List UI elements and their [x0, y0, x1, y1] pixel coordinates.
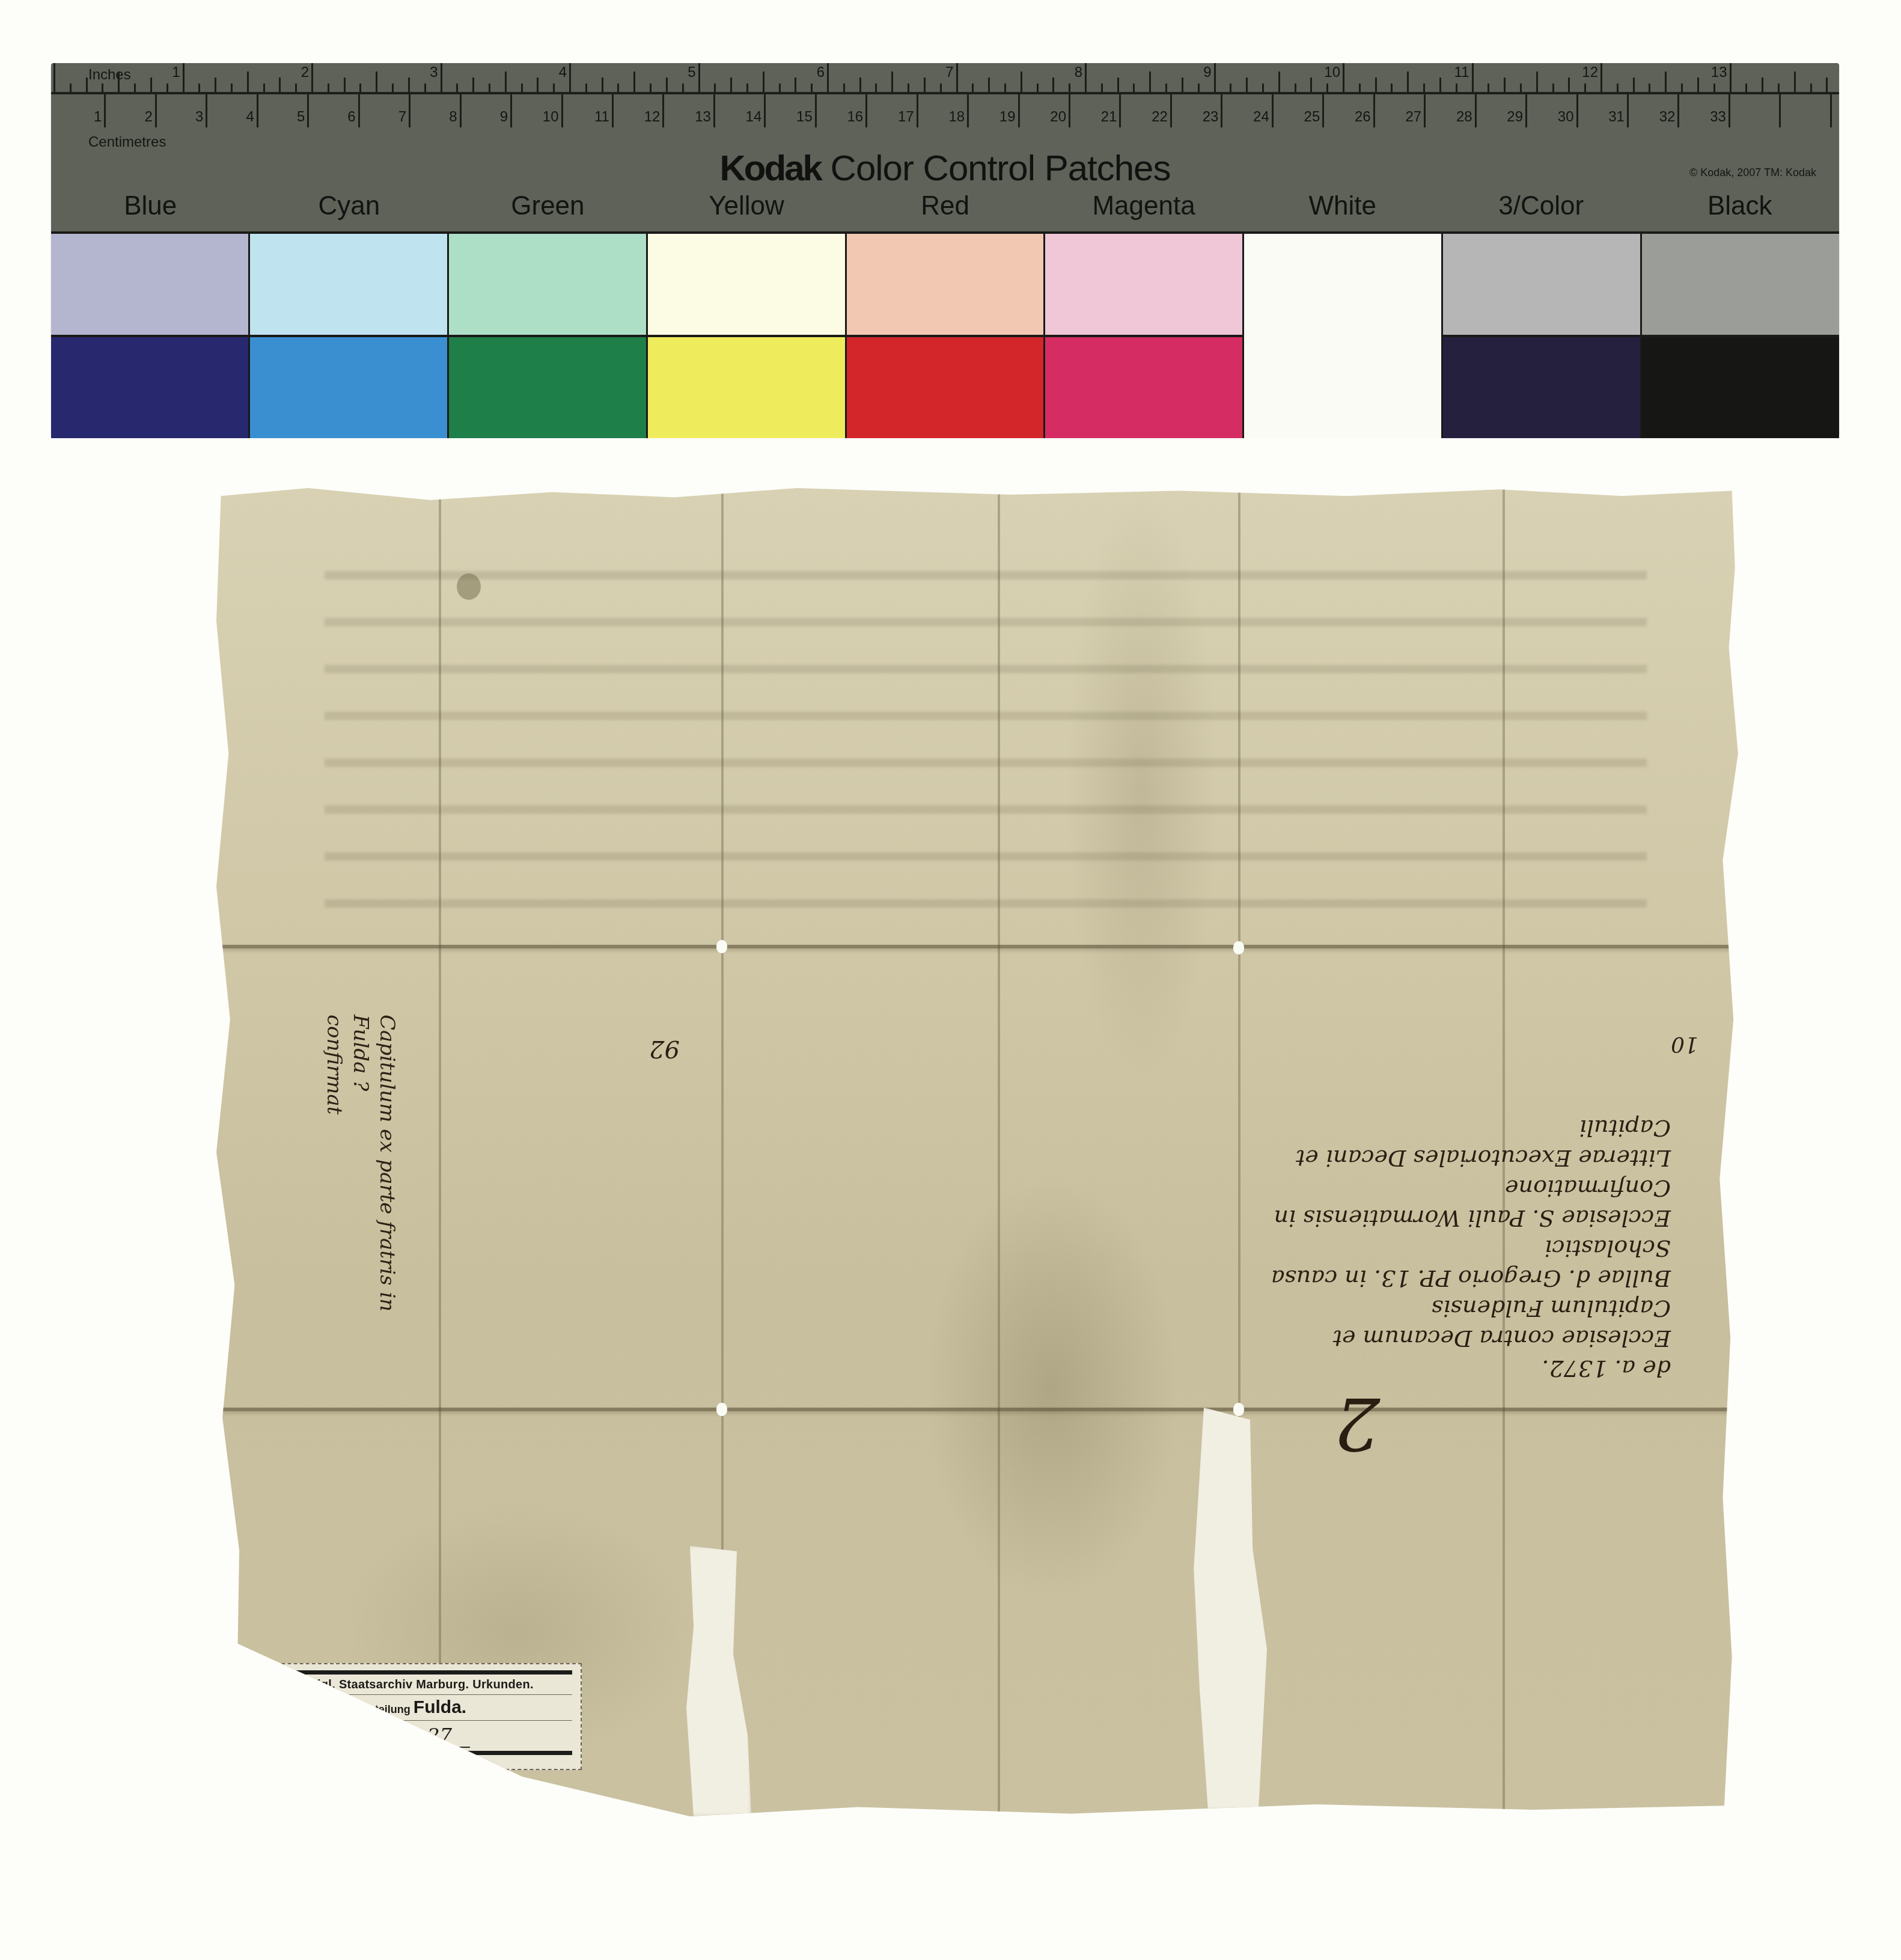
side-note: Capitulum ex parte fratris in Fulda ? co…: [321, 1015, 400, 1375]
inch-tick: [279, 78, 281, 92]
inch-tick: [1584, 84, 1586, 92]
inch-tick: [891, 72, 893, 92]
cm-tick: [307, 94, 309, 127]
inch-tick: [166, 84, 168, 92]
inch-tick: [472, 78, 474, 92]
cm-mark-label: 15: [796, 110, 815, 124]
inch-tick: [1133, 84, 1135, 92]
archive-label: Königl. Staatsarchiv Marburg. Urkunden. …: [245, 1663, 582, 1770]
inch-tick: [392, 84, 394, 92]
cm-tick: [1576, 94, 1578, 127]
inch-tick: [1665, 72, 1667, 92]
patch-label-green: Green: [448, 191, 647, 227]
inch-tick: [908, 84, 909, 92]
inch-tick: [118, 72, 120, 92]
inch-tick: [843, 84, 845, 92]
cm-tick: [1119, 94, 1121, 127]
dark-patch: [250, 337, 447, 438]
inch-tick: [633, 72, 635, 92]
inch-tick: [859, 78, 861, 92]
inch-tick: [1052, 78, 1054, 92]
inch-tick: [1649, 84, 1650, 92]
cm-tick: [257, 94, 258, 127]
cm-mark-label: 11: [594, 110, 612, 124]
inch-tick: [1407, 72, 1409, 92]
dark-patch: [1642, 337, 1839, 438]
cm-mark-label: 27: [1405, 110, 1424, 124]
cm-tick: [1170, 94, 1172, 127]
label-rule: [255, 1751, 572, 1755]
inch-tick: [344, 78, 346, 92]
archive-department: Abteilung Fulda.: [255, 1695, 572, 1721]
kodak-color-control-strip: Inches 12345678910111213 123456789101112…: [51, 63, 1839, 436]
inch-tick: [617, 84, 619, 92]
inch-tick: [1037, 84, 1039, 92]
cm-mark-label: 16: [847, 110, 865, 124]
patch-label-yellow: Yellow: [647, 191, 846, 227]
inch-tick: [972, 84, 974, 92]
inch-tick: [1568, 78, 1570, 92]
paper-repair-strip: [679, 1546, 751, 1816]
cm-tick: [1627, 94, 1629, 127]
inch-tick: [1617, 84, 1619, 92]
cm-tick: [1830, 94, 1832, 127]
cm-tick: [1677, 94, 1679, 127]
inch-mark-label: 12: [1582, 66, 1600, 80]
inch-tick: [940, 84, 942, 92]
inch-tick: [1278, 72, 1280, 92]
collection-name: Capitular.- Archiv.: [255, 1723, 311, 1748]
inch-tick: [553, 84, 555, 92]
inches-label: Inches: [88, 67, 131, 84]
inch-tick: [1472, 63, 1474, 92]
dark-patch: [51, 337, 248, 438]
inch-tick: [1117, 78, 1119, 92]
inch-tick: [1310, 78, 1312, 92]
cm-mark-label: 14: [746, 110, 764, 124]
cm-tick: [662, 94, 664, 127]
side-note-line: confirmat: [321, 1015, 347, 1375]
inch-tick: [1230, 84, 1231, 92]
cm-tick: [764, 94, 766, 127]
cm-tick: [917, 94, 918, 127]
cm-tick: [510, 94, 512, 127]
cm-mark-label: 23: [1203, 110, 1221, 124]
inch-tick: [666, 78, 668, 92]
cm-tick: [1424, 94, 1426, 127]
cm-mark-label: 3: [195, 110, 206, 124]
inch-tick: [1681, 84, 1683, 92]
department-prefix: Abteilung: [361, 1703, 410, 1715]
collection-line: Capitular.-: [255, 1723, 311, 1736]
inch-tick: [1246, 78, 1248, 92]
dark-patch: [1443, 337, 1640, 438]
inch-mark-label: 6: [817, 66, 827, 80]
inch-tick: [1149, 72, 1151, 92]
inch-mark-label: 7: [945, 66, 956, 80]
cm-mark-label: 29: [1507, 110, 1525, 124]
color-patches: [51, 231, 1839, 438]
inch-tick: [1794, 72, 1796, 92]
patch-column-blue: [51, 234, 250, 438]
endorsement-line: Ecclesiae S. Pauli Wormatiensis in Confi…: [1214, 1173, 1671, 1233]
archive-name: Königl. Staatsarchiv Marburg. Urkunden.: [255, 1675, 572, 1695]
inch-tick: [328, 84, 329, 92]
cm-mark-label: 17: [898, 110, 917, 124]
inch-tick: [1536, 72, 1538, 92]
dark-patch: [1244, 336, 1441, 438]
cm-mark-label: 28: [1456, 110, 1475, 124]
inch-tick: [505, 72, 507, 92]
inch-tick: [1375, 78, 1377, 92]
cm-mark-label: 6: [347, 110, 358, 124]
dorsal-endorsement: 2 de a. 1372. Ecclesiae contra Decanum e…: [1214, 1113, 1671, 1462]
inch-tick: [1085, 63, 1087, 92]
endorsement-numeral: 2: [1214, 1384, 1671, 1462]
inch-mark-label: 4: [559, 66, 569, 80]
dark-patch: [1045, 337, 1242, 438]
cm-tick: [612, 94, 614, 127]
cm-tick: [358, 94, 360, 127]
fold-hole: [1233, 941, 1244, 954]
inch-tick: [537, 78, 539, 92]
cm-tick: [1525, 94, 1527, 127]
inch-tick: [134, 84, 136, 92]
dark-patch: [449, 337, 646, 438]
cm-tick: [1373, 94, 1375, 127]
endorsement-line: Ecclesiae contra Decanum et Capitulum Fu…: [1214, 1293, 1671, 1354]
cm-mark-label: 4: [246, 110, 256, 124]
copyright-notice: © Kodak, 2007 TM: Kodak: [1689, 166, 1816, 179]
inch-tick: [1262, 84, 1264, 92]
margin-number-right: 10: [1671, 1032, 1698, 1057]
cm-tick: [155, 94, 157, 127]
strip-title: Kodak Color Control Patches: [51, 147, 1839, 189]
inch-tick: [1165, 84, 1167, 92]
inch-tick: [1439, 78, 1441, 92]
inch-tick: [70, 84, 72, 92]
inch-tick: [1359, 84, 1361, 92]
inch-tick: [956, 63, 958, 92]
cm-tick: [1729, 94, 1730, 127]
endorsement-line: Bullae d. Gregorio PP. 13. in causa Scho…: [1214, 1233, 1671, 1293]
dark-patch: [648, 337, 845, 438]
cm-mark-label: 19: [999, 110, 1018, 124]
cm-mark-label: 7: [398, 110, 409, 124]
inch-tick: [585, 84, 587, 92]
cm-mark-label: 31: [1608, 110, 1627, 124]
cm-mark-label: 9: [500, 110, 510, 124]
inch-mark-label: 1: [172, 66, 182, 80]
paper-repair-strip: [1187, 1408, 1271, 1810]
cm-mark-label: 22: [1152, 110, 1170, 124]
inch-tick: [875, 84, 877, 92]
department-name: Fulda.: [413, 1697, 466, 1717]
patch-label-red: Red: [846, 191, 1045, 227]
patch-label-magenta: Magenta: [1045, 191, 1243, 227]
side-note-line: Capitulum ex parte fratris in Fulda ?: [347, 1015, 400, 1375]
inch-tick: [521, 84, 523, 92]
inch-tick: [1762, 78, 1763, 92]
patch-labels: BlueCyanGreenYellowRedMagentaWhite3/Colo…: [51, 191, 1839, 227]
inch-mark-label: 2: [301, 66, 311, 80]
label-rule: [255, 1670, 572, 1675]
cm-tick: [460, 94, 462, 127]
inch-tick: [602, 78, 603, 92]
cm-tick: [865, 94, 867, 127]
cm-tick: [561, 94, 563, 127]
cm-tick: [1221, 94, 1222, 127]
patch-column-black: [1642, 234, 1839, 438]
cm-tick: [1779, 94, 1781, 127]
inch-tick: [569, 63, 571, 92]
inch-tick: [1600, 63, 1602, 92]
inch-tick: [1198, 84, 1200, 92]
inch-tick: [231, 84, 233, 92]
inch-tick: [795, 78, 796, 92]
inch-tick: [1810, 84, 1812, 92]
charter-date: 1372 Aug. 27: [322, 1724, 470, 1748]
inch-ruler: Inches 12345678910111213: [51, 63, 1839, 94]
cm-mark-label: 24: [1253, 110, 1272, 124]
cm-mark-label: 12: [644, 110, 663, 124]
fold-line-vertical: [998, 488, 1000, 1816]
cm-tick: [206, 94, 207, 127]
light-patch: [449, 234, 646, 337]
inch-tick: [924, 78, 926, 92]
patch-column-cyan: [250, 234, 449, 438]
cm-tick: [1322, 94, 1324, 127]
inch-tick: [1504, 78, 1506, 92]
cm-tick: [967, 94, 969, 127]
cm-mark-label: 5: [297, 110, 307, 124]
fold-hole: [716, 1403, 727, 1416]
light-patch: [1642, 234, 1839, 337]
inch-mark-label: 10: [1324, 66, 1343, 80]
inch-tick: [1069, 84, 1070, 92]
inch-tick: [1697, 78, 1699, 92]
light-patch: [648, 234, 845, 337]
inch-tick: [746, 84, 748, 92]
light-patch: [847, 234, 1044, 337]
inch-tick: [1343, 63, 1344, 92]
patch-label-3-color: 3/Color: [1442, 191, 1641, 227]
inch-mark-label: 3: [430, 66, 440, 80]
inch-tick: [215, 78, 216, 92]
cm-tick: [104, 94, 106, 127]
patch-column-white: [1244, 234, 1443, 438]
inch-tick: [86, 78, 88, 92]
inch-tick: [811, 84, 813, 92]
inch-tick: [1021, 72, 1022, 92]
inch-mark-label: 8: [1075, 66, 1085, 80]
centimetre-ruler: 1234567891011121314151617181920212223242…: [51, 94, 1839, 127]
inch-tick: [102, 84, 103, 92]
inch-tick: [456, 84, 458, 92]
patch-column-green: [449, 234, 648, 438]
inch-tick: [424, 84, 426, 92]
bleed-through-text: [325, 542, 1647, 939]
inch-tick: [295, 84, 297, 92]
inch-tick: [263, 84, 265, 92]
inch-tick: [779, 84, 781, 92]
cm-mark-label: 33: [1710, 110, 1729, 124]
patch-column-yellow: [648, 234, 847, 438]
cm-tick: [713, 94, 715, 127]
cm-mark-label: 2: [145, 110, 155, 124]
cm-tick: [1018, 94, 1020, 127]
kodak-logo: Kodak: [720, 148, 821, 188]
inch-tick: [650, 84, 651, 92]
cm-mark-label: 10: [543, 110, 561, 124]
inch-tick: [1826, 78, 1828, 92]
inch-tick: [730, 78, 732, 92]
inch-tick: [247, 72, 249, 92]
inch-tick: [53, 63, 55, 92]
inch-tick: [1423, 84, 1425, 92]
inch-tick: [763, 72, 764, 92]
fold-line-horizontal: [216, 945, 1744, 948]
patch-label-blue: Blue: [51, 191, 250, 227]
inch-mark-label: 13: [1711, 66, 1730, 80]
light-patch: [250, 234, 447, 337]
patch-label-black: Black: [1641, 191, 1840, 227]
inch-tick: [311, 63, 313, 92]
inch-tick: [1745, 84, 1747, 92]
fold-hole: [716, 940, 727, 953]
light-patch: [1045, 234, 1242, 337]
light-patch: [1443, 234, 1640, 337]
inch-tick: [359, 84, 361, 92]
inch-tick: [1214, 63, 1216, 92]
dark-patch: [847, 337, 1044, 438]
inch-tick: [1713, 84, 1715, 92]
inch-mark-label: 9: [1203, 66, 1213, 80]
inch-mark-label: 5: [688, 66, 698, 80]
cm-mark-label: 13: [695, 110, 713, 124]
patch-column-3-color: [1443, 234, 1642, 438]
inch-tick: [1182, 78, 1183, 92]
cm-mark-label: 21: [1101, 110, 1120, 124]
cm-mark-label: 18: [948, 110, 967, 124]
cm-tick: [815, 94, 817, 127]
inch-mark-label: 11: [1454, 66, 1472, 80]
inch-tick: [1101, 84, 1103, 92]
light-patch: [1244, 234, 1441, 336]
inch-tick: [183, 63, 185, 92]
patch-column-red: [847, 234, 1046, 438]
inch-tick: [1391, 84, 1393, 92]
inch-tick: [198, 84, 200, 92]
ink-stain: [457, 573, 481, 600]
cm-mark-label: 32: [1659, 110, 1678, 124]
strip-title-text: Color Control Patches: [831, 148, 1171, 188]
inch-tick: [408, 78, 410, 92]
inch-tick: [1295, 84, 1296, 92]
charter-document: 92 10 2 de a. 1372. Ecclesiae contra Dec…: [216, 488, 1744, 1816]
margin-number-center: 92: [649, 1035, 680, 1063]
inch-tick: [1456, 84, 1457, 92]
cm-tick: [1069, 94, 1070, 127]
light-patch: [51, 234, 248, 337]
inch-tick: [1633, 78, 1635, 92]
cm-mark-label: 30: [1558, 110, 1576, 124]
inch-tick: [1552, 84, 1554, 92]
inch-tick: [988, 78, 990, 92]
collection-line: Archiv.: [255, 1736, 311, 1748]
endorsement-line: Litterae Executoriales Decani et Capitul…: [1214, 1113, 1671, 1173]
cm-tick: [1272, 94, 1274, 127]
inch-tick: [714, 84, 716, 92]
cm-tick: [409, 94, 410, 127]
inch-tick: [489, 84, 490, 92]
inch-tick: [1778, 84, 1780, 92]
inch-tick: [682, 84, 684, 92]
archive-signature: Capitular.- Archiv. 1372 Aug. 27: [255, 1721, 572, 1751]
patch-label-cyan: Cyan: [250, 191, 449, 227]
inch-tick: [150, 78, 152, 92]
inch-tick: [698, 63, 700, 92]
cm-mark-label: 26: [1355, 110, 1373, 124]
fold-line-vertical: [439, 488, 441, 1816]
inch-tick: [1004, 84, 1006, 92]
inch-tick: [1730, 63, 1732, 92]
inch-tick: [827, 63, 829, 92]
inch-tick: [1326, 84, 1328, 92]
inch-tick: [376, 72, 377, 92]
inch-tick: [1488, 84, 1489, 92]
patch-label-white: White: [1243, 191, 1442, 227]
cm-mark-label: 20: [1050, 110, 1069, 124]
cm-tick: [1475, 94, 1477, 127]
inch-tick: [441, 63, 442, 92]
cm-mark-label: 8: [449, 110, 459, 124]
cm-mark-label: 1: [94, 110, 104, 124]
inch-tick: [1520, 84, 1522, 92]
endorsement-line: de a. 1372.: [1214, 1354, 1671, 1384]
patch-column-magenta: [1045, 234, 1244, 438]
cm-mark-label: 25: [1304, 110, 1323, 124]
